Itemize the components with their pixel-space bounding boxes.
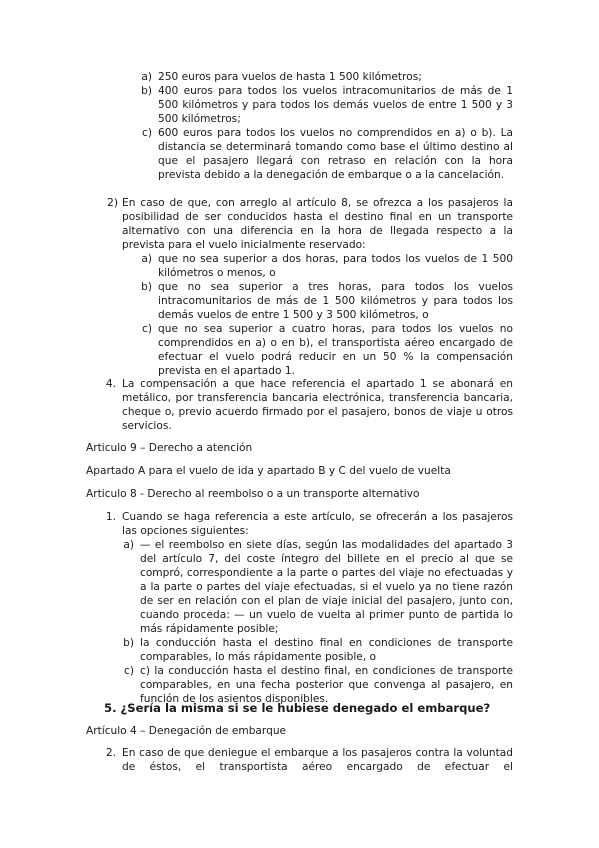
list-label: a) — [122, 538, 134, 552]
list-item: a) — el reembolso en siete días, según l… — [122, 538, 513, 636]
article-8-item-1: 1. Cuando se haga referencia a este artí… — [104, 510, 513, 706]
item-4: 4. La compensación a que hace referencia… — [104, 377, 513, 433]
list-label: c) — [140, 322, 152, 336]
list-item: a) 250 euros para vuelos de hasta 1 500 … — [140, 70, 513, 84]
list-label: a) — [140, 70, 152, 84]
list-label: 2. — [104, 746, 116, 760]
document-page: a) 250 euros para vuelos de hasta 1 500 … — [0, 0, 599, 848]
list-label: 2) — [104, 196, 118, 210]
list-item: 2. En caso de que deniegue el embarque a… — [104, 746, 513, 774]
list-text: — el reembolso en siete días, según las … — [140, 538, 513, 636]
list-label: b) — [140, 84, 152, 98]
list-text: que no sea superior a dos horas, para to… — [158, 252, 513, 280]
list-label: c) — [140, 126, 152, 140]
list-text: En caso de que, con arreglo al artículo … — [122, 196, 513, 252]
compensation-list: a) 250 euros para vuelos de hasta 1 500 … — [140, 70, 513, 182]
heading-article-9: Articulo 9 – Derecho a atención — [86, 441, 252, 455]
list-item: 4. La compensación a que hace referencia… — [104, 377, 513, 433]
list-text: Cuando se haga referencia a este artícul… — [122, 510, 513, 538]
heading-article-8: Articulo 8 - Derecho al reembolso o a un… — [86, 487, 420, 501]
list-label: c) — [122, 664, 134, 678]
list-text: La compensación a que hace referencia el… — [122, 377, 513, 433]
list-text: la conducción hasta el destino final en … — [140, 636, 513, 664]
question-5-heading: 5. ¿Sería la misma si se le hubiese dene… — [104, 701, 490, 715]
list-item: b) la conducción hasta el destino final … — [122, 636, 513, 664]
list-item: c) 600 euros para todos los vuelos no co… — [140, 126, 513, 182]
list-text: 400 euros para todos los vuelos intracom… — [158, 84, 513, 126]
list-item: c) que no sea superior a cuatro horas, p… — [140, 322, 513, 378]
list-item: b) 400 euros para todos los vuelos intra… — [140, 84, 513, 126]
heading-article-4: Artículo 4 – Denegación de embarque — [86, 724, 286, 738]
sub-list: a) — el reembolso en siete días, según l… — [104, 538, 513, 706]
article-4-item-2: 2. En caso de que deniegue el embarque a… — [104, 746, 513, 774]
list-item: 2) En caso de que, con arreglo al artícu… — [104, 196, 513, 252]
list-item: b) que no sea superior a tres horas, par… — [140, 280, 513, 322]
list-text: En caso de que deniegue el embarque a lo… — [122, 746, 513, 774]
list-label: 4. — [104, 377, 116, 391]
list-label: b) — [122, 636, 134, 650]
list-text: c) la conducción hasta el destino final,… — [140, 664, 513, 706]
list-label: b) — [140, 280, 152, 294]
list-text: 600 euros para todos los vuelos no compr… — [158, 126, 513, 182]
list-item: c) c) la conducción hasta el destino fin… — [122, 664, 513, 706]
list-label: 1. — [104, 510, 116, 524]
heading-apartado: Apartado A para el vuelo de ida y aparta… — [86, 464, 451, 478]
list-item: 1. Cuando se haga referencia a este artí… — [104, 510, 513, 538]
list-text: que no sea superior a tres horas, para t… — [158, 280, 513, 322]
list-text: 250 euros para vuelos de hasta 1 500 kil… — [158, 70, 513, 84]
item-2: 2) En caso de que, con arreglo al artícu… — [104, 196, 513, 378]
sub-list: a) que no sea superior a dos horas, para… — [104, 252, 513, 378]
list-item: a) que no sea superior a dos horas, para… — [140, 252, 513, 280]
list-label: a) — [140, 252, 152, 266]
list-text: que no sea superior a cuatro horas, para… — [158, 322, 513, 378]
